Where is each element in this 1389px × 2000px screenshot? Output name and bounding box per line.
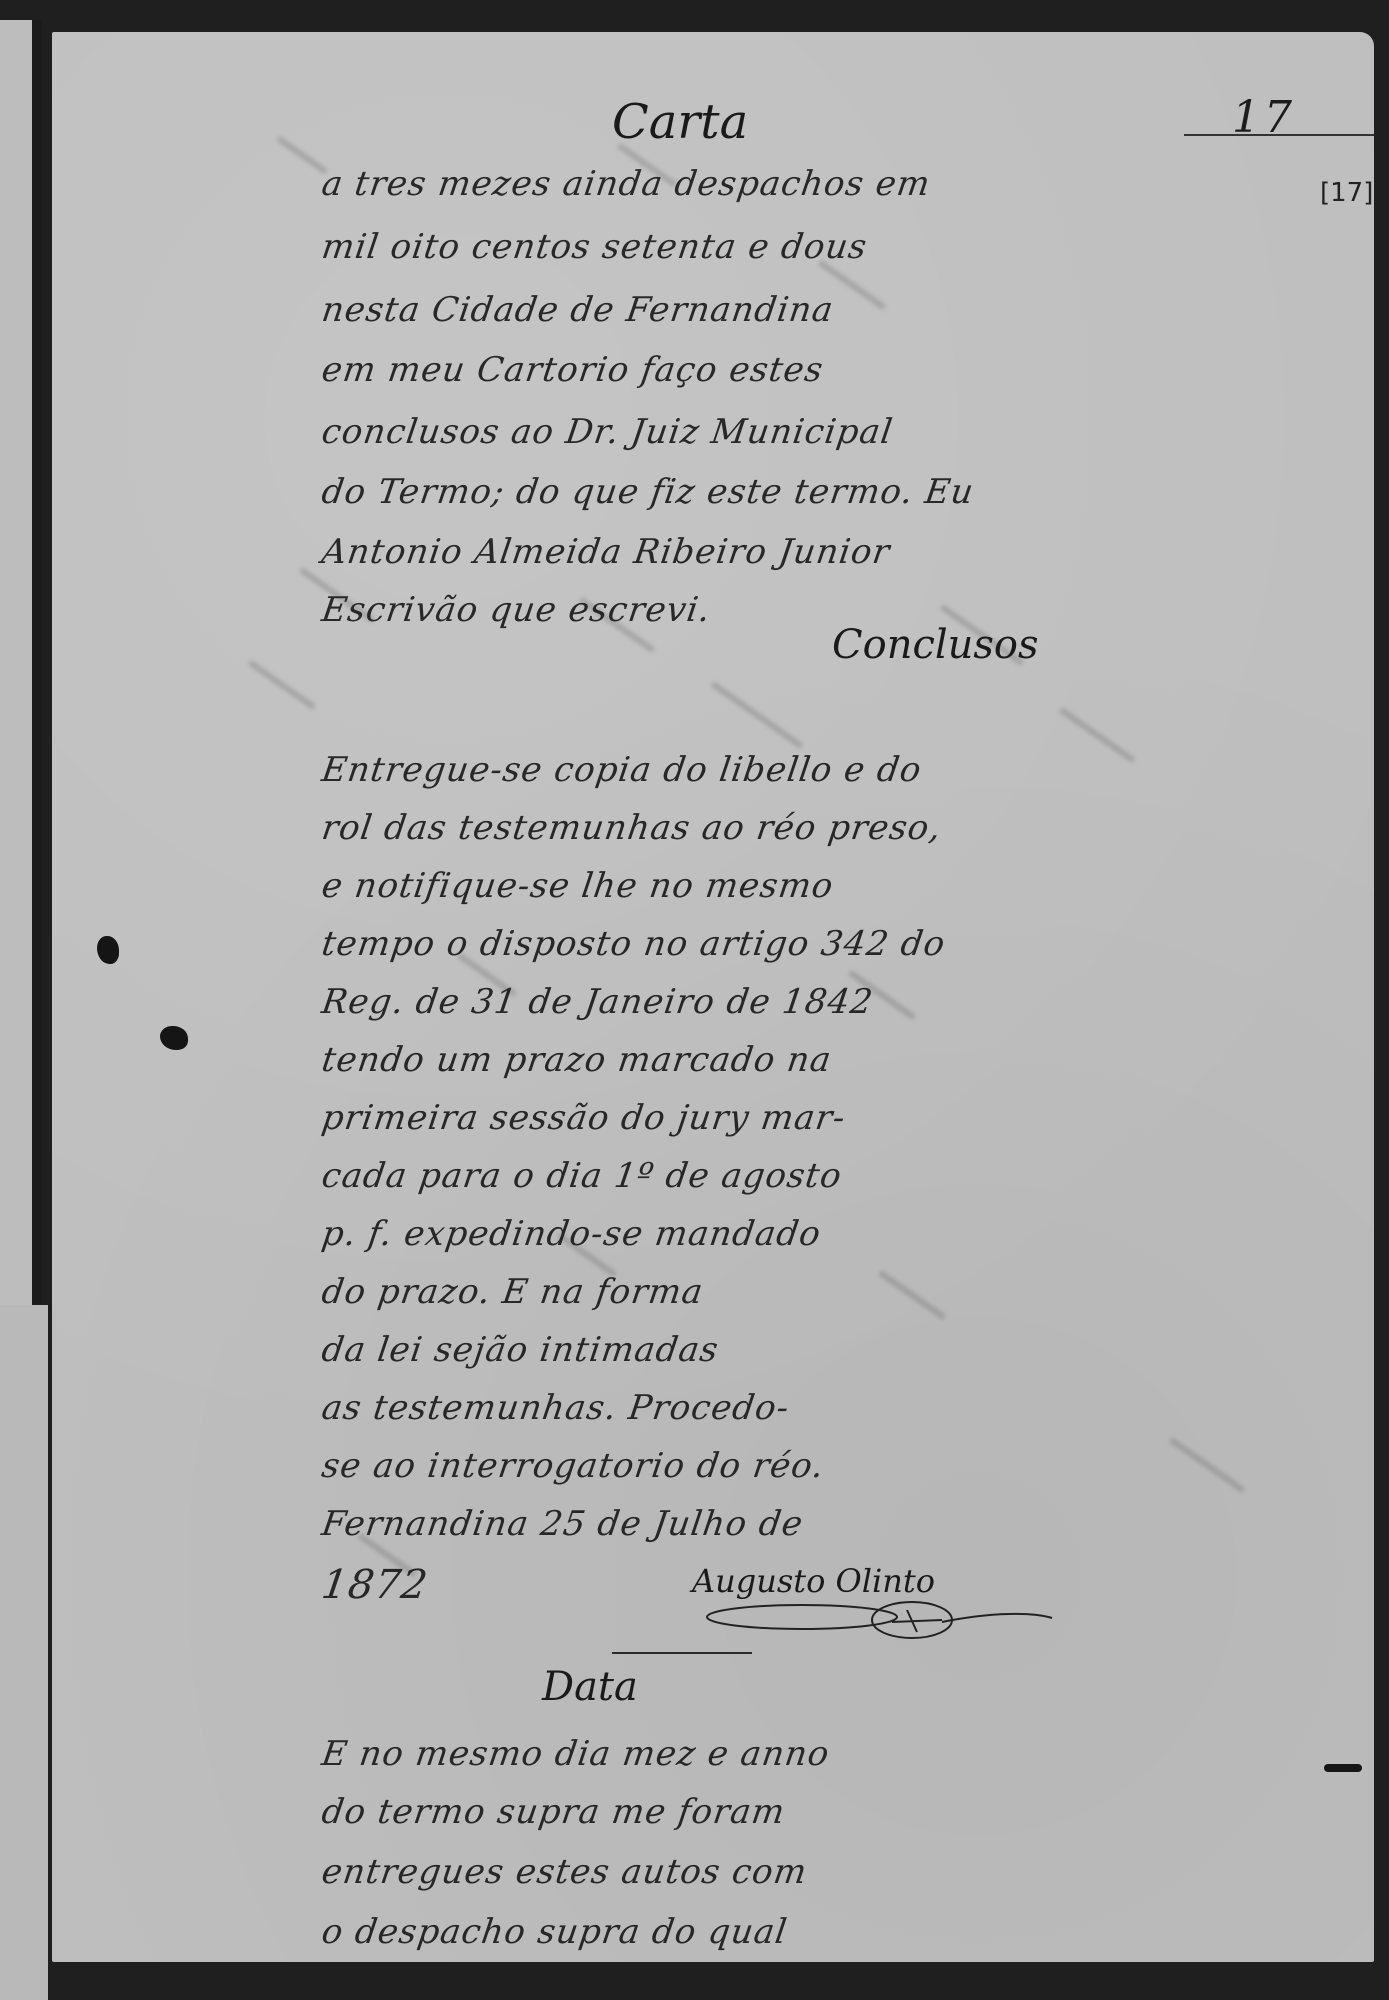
section-heading-data: Data	[542, 1664, 638, 1710]
text-line: nesta Cidade de Fernandina	[319, 290, 836, 330]
bleed-through-stroke	[1058, 707, 1135, 764]
text-line: as testemunhas. Procedo-	[319, 1388, 792, 1428]
text-line: E no mesmo dia mez e anno	[319, 1734, 832, 1774]
ink-blot	[1324, 1764, 1362, 1772]
text-line: da lei sejão intimadas	[319, 1330, 721, 1370]
text-line: mil oito centos setenta e dous	[319, 227, 870, 267]
text-line: do prazo. E na forma	[319, 1272, 706, 1312]
text-line: entregues estes autos com	[319, 1852, 810, 1892]
text-line: Reg. de 31 de Janeiro de 1842	[319, 982, 876, 1022]
text-line: Entregue-se copia do libello e do	[319, 750, 924, 790]
ink-blot	[160, 1026, 188, 1050]
bleed-through-stroke	[276, 135, 329, 174]
text-line: cada para o dia 1º de agosto	[319, 1156, 844, 1196]
text-line: se ao interrogatorio do réo.	[319, 1446, 827, 1486]
text-line: conclusos ao Dr. Juiz Municipal	[319, 412, 895, 452]
text-line: a tres mezes ainda despachos em	[319, 164, 933, 204]
text-line: o despacho supra do qual	[319, 1912, 790, 1952]
text-line: primeira sessão do jury mar-	[319, 1098, 848, 1138]
page-number-underline	[1184, 134, 1374, 136]
previous-page-edge	[0, 20, 42, 1305]
section-divider	[612, 1652, 752, 1654]
text-line: tendo um prazo marcado na	[319, 1040, 834, 1080]
text-line: e notifique-se lhe no mesmo	[319, 866, 836, 906]
bleed-through-stroke	[710, 681, 804, 749]
bleed-through-stroke	[878, 1270, 947, 1321]
text-line: Fernandina 25 de Julho de	[319, 1504, 806, 1544]
bleed-through-stroke	[248, 660, 317, 711]
archive-page-number: [17]	[1320, 178, 1373, 208]
text-line: do Termo; do que fiz este termo. Eu	[319, 472, 977, 512]
text-line: tempo o disposto no artigo 342 do	[319, 924, 948, 964]
text-line: Antonio Almeida Ribeiro Junior	[319, 532, 893, 572]
section-heading-carta: Carta	[612, 94, 748, 150]
text-line: do termo supra me foram	[319, 1792, 788, 1832]
text-line: em meu Cartorio faço estes	[319, 350, 826, 390]
text-line: Escrivão que escrevi.	[319, 590, 713, 630]
ink-blot	[97, 936, 119, 964]
signature-flourish-icon	[692, 1592, 1072, 1642]
text-line: rol das testemunhas ao réo preso,	[319, 808, 944, 848]
text-line-year: 1872	[319, 1562, 431, 1608]
bleed-through-stroke	[1168, 1437, 1245, 1494]
manuscript-page: 17 [17] Carta a tres mezes ainda despach…	[52, 32, 1374, 1962]
section-heading-conclusos: Conclusos	[832, 622, 1039, 668]
previous-page-edge-lower	[0, 1305, 48, 2000]
text-line: p. f. expedindo-se mandado	[319, 1214, 823, 1254]
